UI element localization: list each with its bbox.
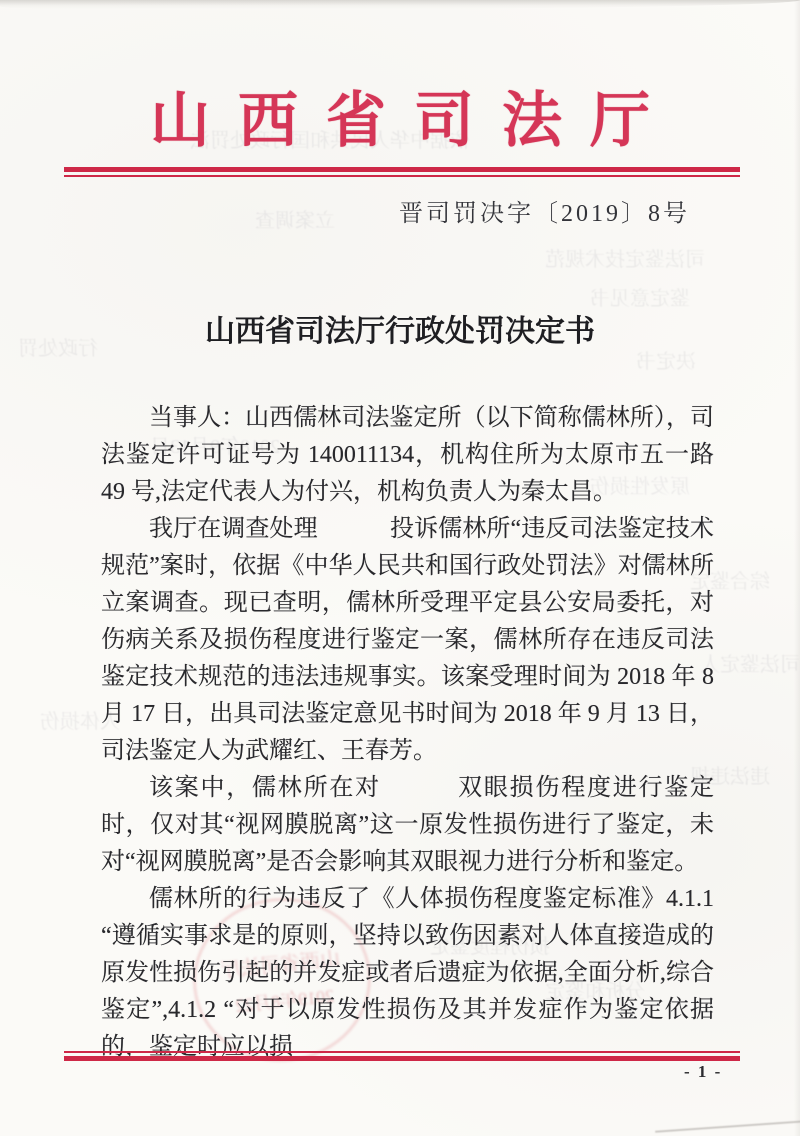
document-page: 依据中华人民共和国行政处罚法立案调查司法鉴定技术规范鉴定意见书行政处罚决定书20…	[0, 0, 800, 1136]
footer-rule-thick	[64, 1056, 740, 1061]
bleedthrough-text: 鉴定意见书	[590, 282, 690, 311]
header-rule-thin	[64, 175, 740, 177]
scan-edge-top	[0, 0, 800, 9]
bleedthrough-text: 司法鉴定人	[700, 648, 800, 677]
scan-edge-right	[794, 0, 800, 1136]
page-number: - 1 -	[684, 1062, 722, 1082]
bleedthrough-text: 立案调查	[255, 204, 335, 233]
body-paragraph-case-findings: 该案中，儒林所在对 双眼损伤程度进行鉴定时，仅对其“视网膜脱离”这一原发性损伤进…	[101, 770, 714, 881]
header-rule-thick	[64, 167, 740, 172]
body-paragraph-investigation: 我厅在调查处理 投诉儒林所“违反司法鉴定技术规范”案时，依据《中华人民共和国行政…	[101, 511, 714, 770]
letterhead-title: 山西省司法厅	[0, 86, 800, 156]
body-paragraph-violated-standards: 儒林所的行为违反了《人体损伤程度鉴定标准》4.1.1 “遵循实事求是的原则，坚持…	[101, 881, 714, 1066]
header-rule	[64, 167, 740, 177]
footer-rule	[64, 1051, 740, 1061]
body-paragraph-parties: 当事人：山西儒林司法鉴定所（以下简称儒林所），司法鉴定许可证号为 1400111…	[101, 400, 714, 511]
bleedthrough-text: 司法鉴定技术规范	[545, 243, 705, 272]
document-number: 晋司罚决字〔2019〕8号	[399, 193, 690, 228]
footer-rule-thin	[64, 1051, 740, 1053]
document-title: 山西省司法厅行政处罚决定书	[0, 312, 800, 352]
document-body: 当事人：山西儒林司法鉴定所（以下简称儒林所），司法鉴定许可证号为 1400111…	[101, 400, 714, 1066]
scan-edge-corner	[655, 1119, 800, 1133]
